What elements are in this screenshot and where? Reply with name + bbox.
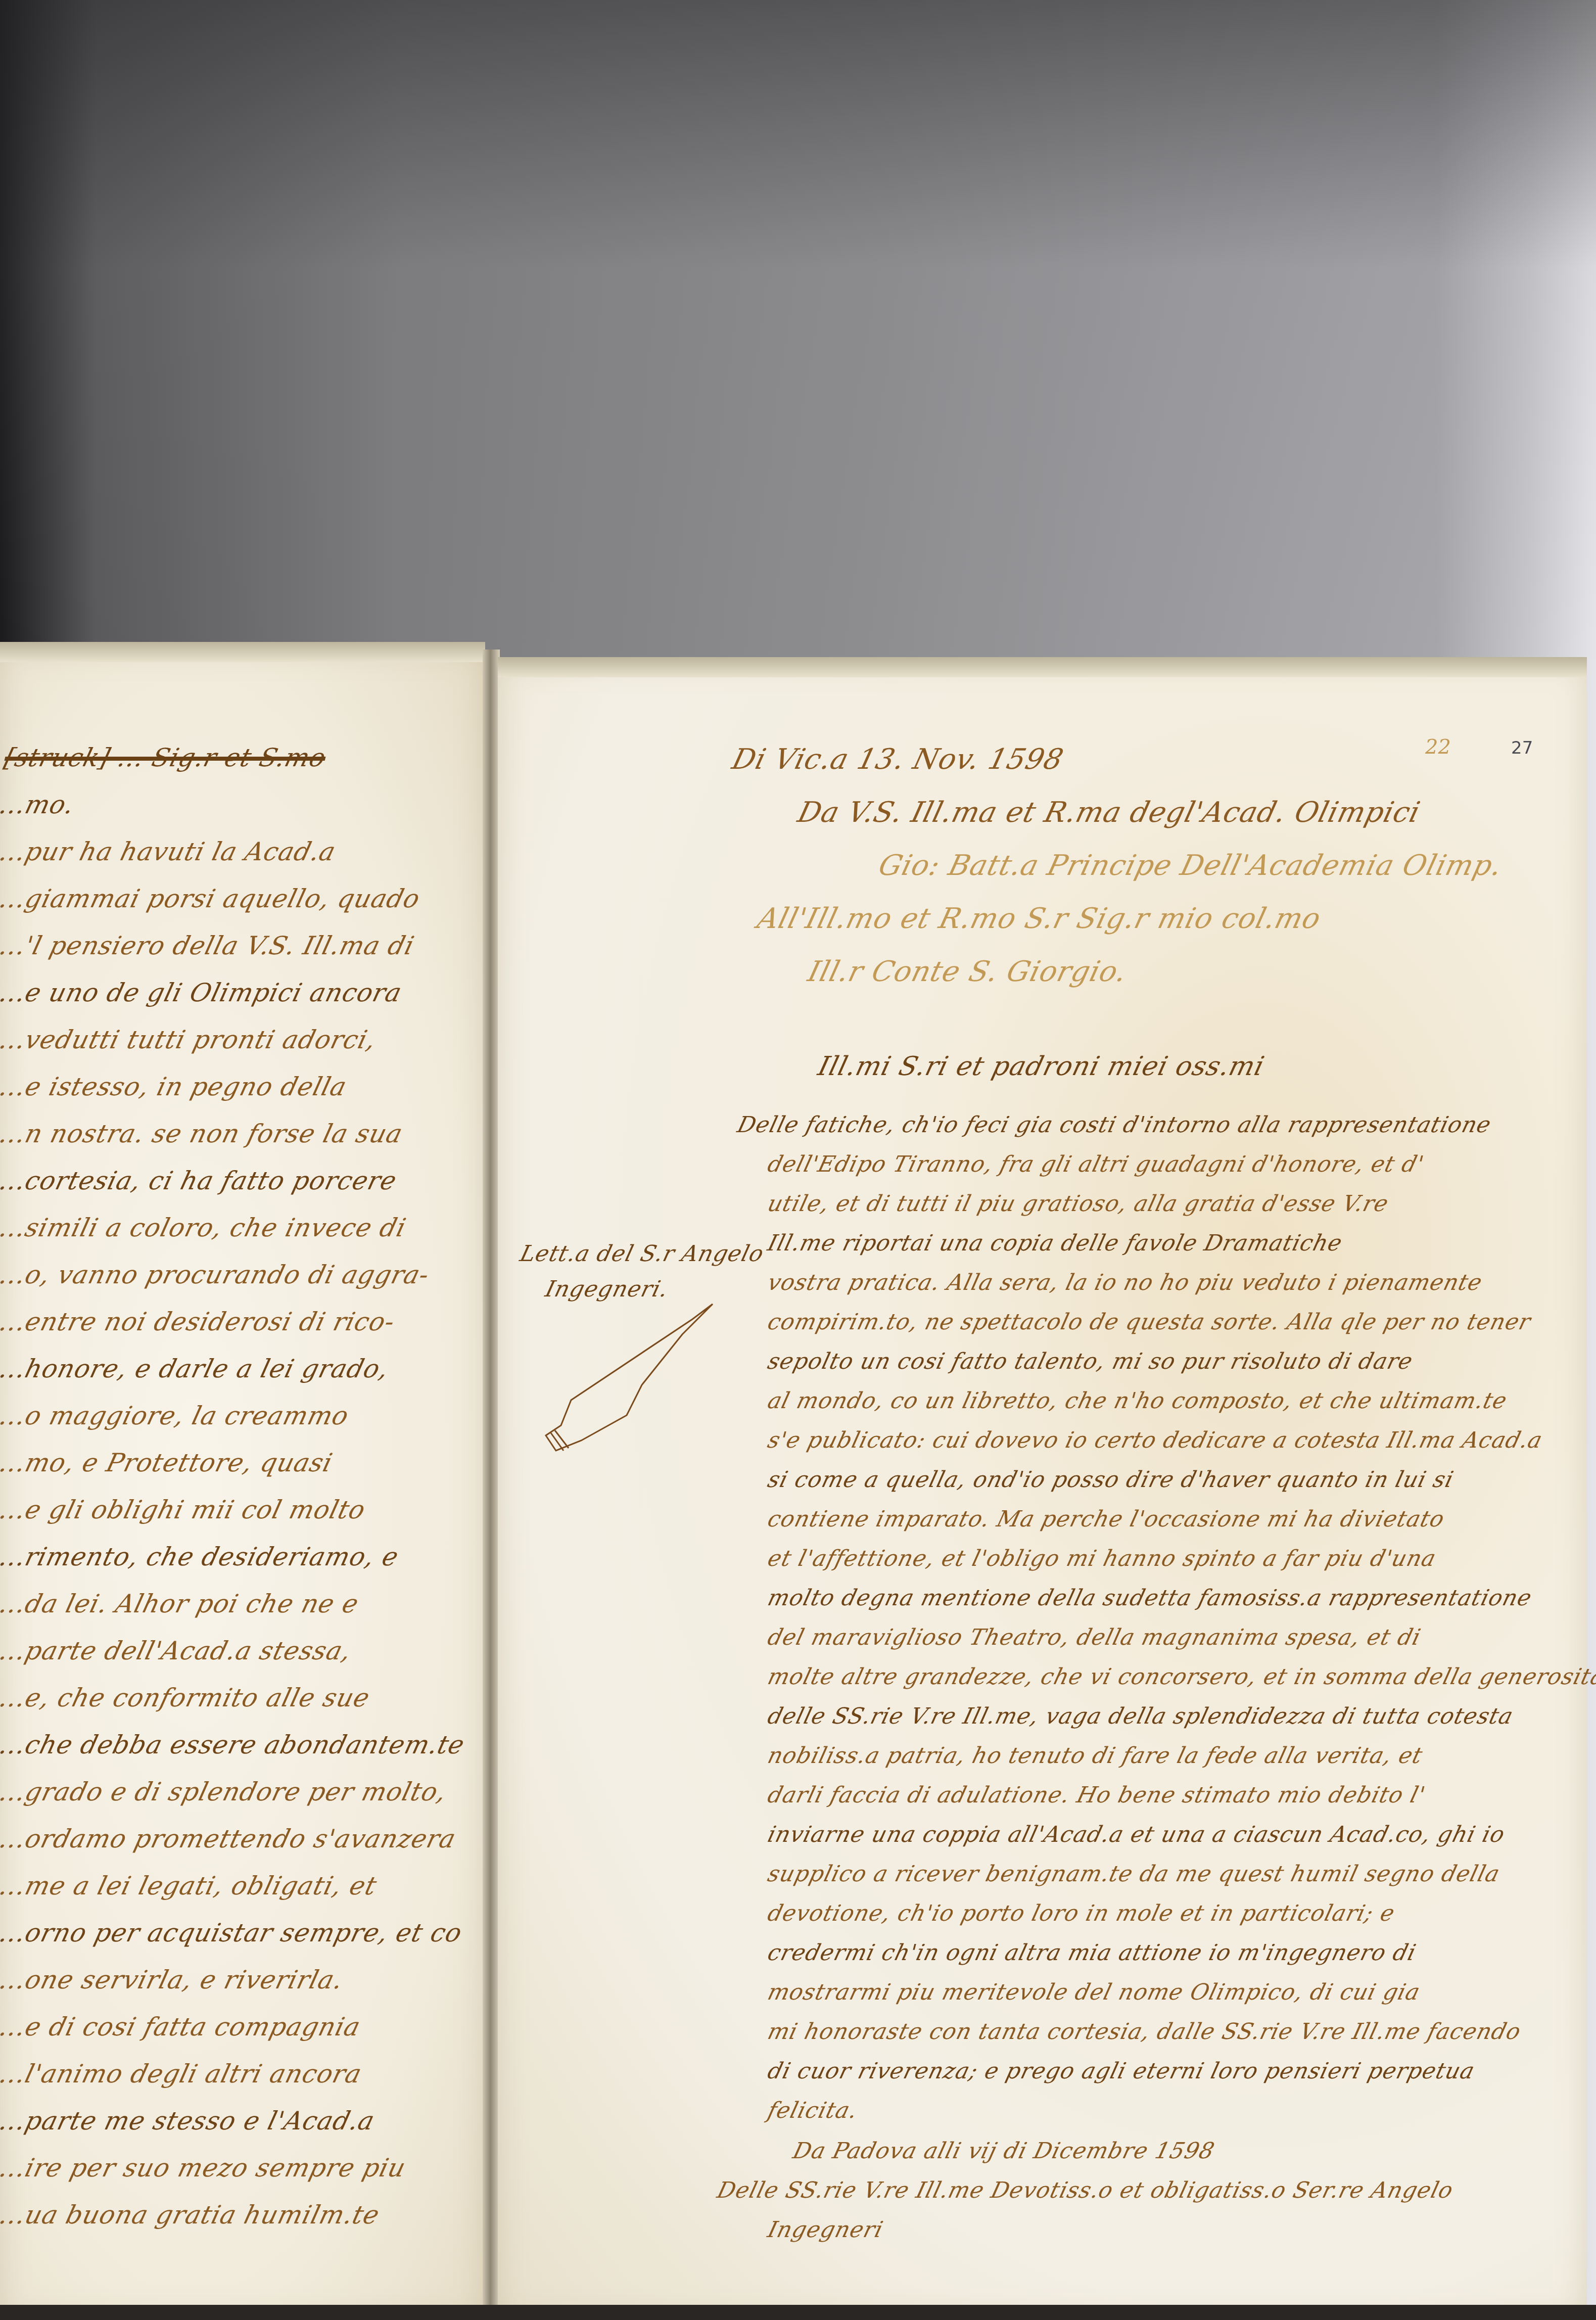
body-line: Ill.me riportai una copia delle favole D… xyxy=(765,1230,1345,1256)
left-page-line: ...giammai porsi aquello, quado xyxy=(0,884,423,913)
folio-mark-ink: 22 xyxy=(1425,735,1451,759)
stylus-sketch-icon xyxy=(541,1299,733,1481)
book-spine xyxy=(483,649,500,2320)
left-page-line: ...one servirla, e riverirla. xyxy=(0,1965,346,1994)
left-page-line: ...n nostra. se non forse la sua xyxy=(0,1119,406,1148)
margin-note-line-1: Lett.a del S.r Angelo xyxy=(518,1241,767,1267)
body-line: Delle fatiche, ch'io feci gia costi d'in… xyxy=(735,1112,1494,1138)
body-line: et l'affettione, et l'obligo mi hanno sp… xyxy=(765,1546,1439,1571)
left-page-line: ...ordamo promettendo s'avanzera xyxy=(0,1824,459,1853)
left-page-line: ...mo, e Protettore, quasi xyxy=(0,1448,336,1477)
left-page-line: ...che debba essere abondantem.te xyxy=(0,1730,468,1759)
left-page-line: ...grado e di splendore per molto, xyxy=(0,1777,450,1806)
left-page-line: ...honore, e darle a lei grado, xyxy=(0,1354,392,1383)
left-page-line: [struck] ... Sig.r et S.mo xyxy=(2,743,330,772)
left-page-top-edge xyxy=(0,642,485,662)
left-page-line: ...parte me stesso e l'Acad.a xyxy=(0,2106,378,2136)
body-line: molto degna mentione della sudetta famos… xyxy=(765,1585,1535,1611)
heading-line: Gio: Batt.a Principe Dell'Academia Olimp… xyxy=(875,849,1506,882)
closing-line: Da Padova alli vij di Dicembre 1598 xyxy=(790,2138,1217,2164)
left-page-line: ...vedutti tutti pronti adorci, xyxy=(0,1025,379,1054)
body-line: compirim.to, ne spettacolo de questa sor… xyxy=(765,1309,1534,1335)
body-line: al mondo, co un libretto, che n'ho compo… xyxy=(765,1388,1510,1414)
body-line: mi honoraste con tanta cortesia, dalle S… xyxy=(765,2019,1524,2045)
body-line: devotione, ch'io porto loro in mole et i… xyxy=(765,1900,1398,1926)
body-line: sepolto un cosi fatto talento, mi so pur… xyxy=(765,1349,1416,1374)
left-page-line: ...e gli oblighi mii col molto xyxy=(0,1495,368,1524)
closing-line: Ingegneri xyxy=(765,2217,886,2243)
left-page-line: ...e istesso, in pegno della xyxy=(0,1072,350,1101)
left-page-line: ...mo. xyxy=(0,790,77,819)
body-line: contiene imparato. Ma perche l'occasione… xyxy=(765,1506,1447,1532)
body-line: s'e publicato: cui dovevo io certo dedic… xyxy=(765,1427,1545,1453)
left-page-line: ...entre noi desiderosi di rico- xyxy=(0,1307,398,1336)
body-line: nobiliss.a patria, ho tenuto di fare la … xyxy=(765,1743,1426,1769)
body-line: inviarne una coppia all'Acad.a et una a … xyxy=(765,1822,1508,1847)
body-line: di cuor riverenza; e prego agli eterni l… xyxy=(765,2058,1478,2084)
left-page-line: ...rimento, che desideriamo, e xyxy=(0,1542,402,1571)
right-page-top-edge xyxy=(498,657,1587,677)
left-page-line: ...parte dell'Acad.a stessa, xyxy=(0,1636,354,1665)
salutation: Ill.mi S.ri et padroni miei oss.mi xyxy=(815,1051,1268,1082)
left-page-line: ...orno per acquistar sempre, et co xyxy=(0,1918,465,1947)
left-page-line: ...e, che conformito alle sue xyxy=(0,1683,373,1712)
left-page-line: ...e uno de gli Olimpici ancora xyxy=(0,978,405,1007)
body-line: dell'Edipo Tiranno, fra gli altri guadag… xyxy=(765,1151,1427,1177)
scanner-background xyxy=(0,0,1596,672)
body-line: utile, et di tutti il piu gratioso, alla… xyxy=(765,1191,1391,1217)
body-line: credermi ch'in ogni altra mia attione io… xyxy=(765,1940,1419,1966)
body-line: mostrarmi piu meritevole del nome Olimpi… xyxy=(765,1979,1423,2005)
left-page-line: ...pur ha havuti la Acad.a xyxy=(0,837,339,866)
body-line: si come a quella, ond'io posso dire d'ha… xyxy=(765,1467,1457,1493)
left-page-line: ...l'animo degli altri ancora xyxy=(0,2059,365,2089)
scanner-bottom-edge xyxy=(0,2305,1596,2320)
body-line: delle SS.rie V.re Ill.me, vaga della spl… xyxy=(765,1703,1516,1729)
heading-line: Da V.S. Ill.ma et R.ma degl'Acad. Olimpi… xyxy=(794,796,1424,829)
left-page-line: ...da lei. Alhor poi che ne e xyxy=(0,1589,362,1618)
heading-line: Di Vic.a 13. Nov. 1598 xyxy=(729,743,1067,776)
body-line: vostra pratica. Alla sera, la io no ho p… xyxy=(765,1270,1485,1295)
heading-line: Ill.r Conte S. Giorgio. xyxy=(805,955,1131,988)
left-page-line: ...ire per suo mezo sempre piu xyxy=(0,2153,409,2183)
left-page-line: ...'l pensiero della V.S. Ill.ma di xyxy=(0,931,417,960)
closing-line: Delle SS.rie V.re Ill.me Devotiss.o et o… xyxy=(715,2177,1456,2203)
body-line: del maraviglioso Theatro, della magnanim… xyxy=(765,1625,1424,1650)
body-line: felicita. xyxy=(765,2098,861,2123)
body-line: molte altre grandezze, che vi concorsero… xyxy=(765,1664,1596,1690)
left-page-line: ...cortesia, ci ha fatto porcere xyxy=(0,1166,400,1195)
body-line: supplico a ricever benignam.te da me que… xyxy=(765,1861,1503,1887)
folio-mark-pencil: 27 xyxy=(1511,738,1533,758)
left-page-line: ...o, vanno procurando di aggra- xyxy=(0,1260,433,1289)
body-line: darli faccia di adulatione. Ho bene stim… xyxy=(765,1782,1428,1808)
heading-line: All'Ill.mo et R.mo S.r Sig.r mio col.mo xyxy=(754,902,1325,935)
margin-note-line-2: Ingegneri. xyxy=(543,1276,671,1302)
left-page-line: ...e di cosi fatta compagnia xyxy=(0,2012,363,2041)
left-page-line: ...o maggiore, la creammo xyxy=(0,1401,352,1430)
left-page-line: ...simili a coloro, che invece di xyxy=(0,1213,409,1242)
left-page-line: ...me a lei legati, obligati, et xyxy=(0,1871,380,1900)
left-page-line: ...ua buona gratia humilm.te xyxy=(0,2200,383,2230)
